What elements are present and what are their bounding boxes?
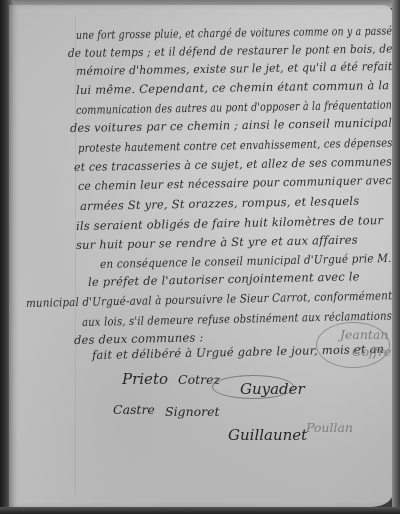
- scanned-document: une fort grosse pluie, et chargé de voit…: [0, 0, 400, 514]
- signature-cotrez: Cotrez: [178, 372, 220, 387]
- signature-poullan: Poullan: [306, 420, 353, 435]
- page-bottom-edge: [0, 507, 400, 514]
- page-right-edge: [392, 0, 400, 514]
- signature-guillaunet: Guillaunet: [228, 426, 307, 444]
- signature-coffre: Coffre: [352, 344, 391, 359]
- text-line-17: des deux communes :: [74, 330, 204, 347]
- signature-prieto: Prieto: [122, 370, 168, 388]
- signature-guyader: Guyader: [240, 380, 305, 398]
- signature-signoret: Signoret: [165, 404, 220, 419]
- signature-jeantan: Jeantan: [340, 327, 388, 342]
- signature-castre: Castre: [113, 402, 155, 417]
